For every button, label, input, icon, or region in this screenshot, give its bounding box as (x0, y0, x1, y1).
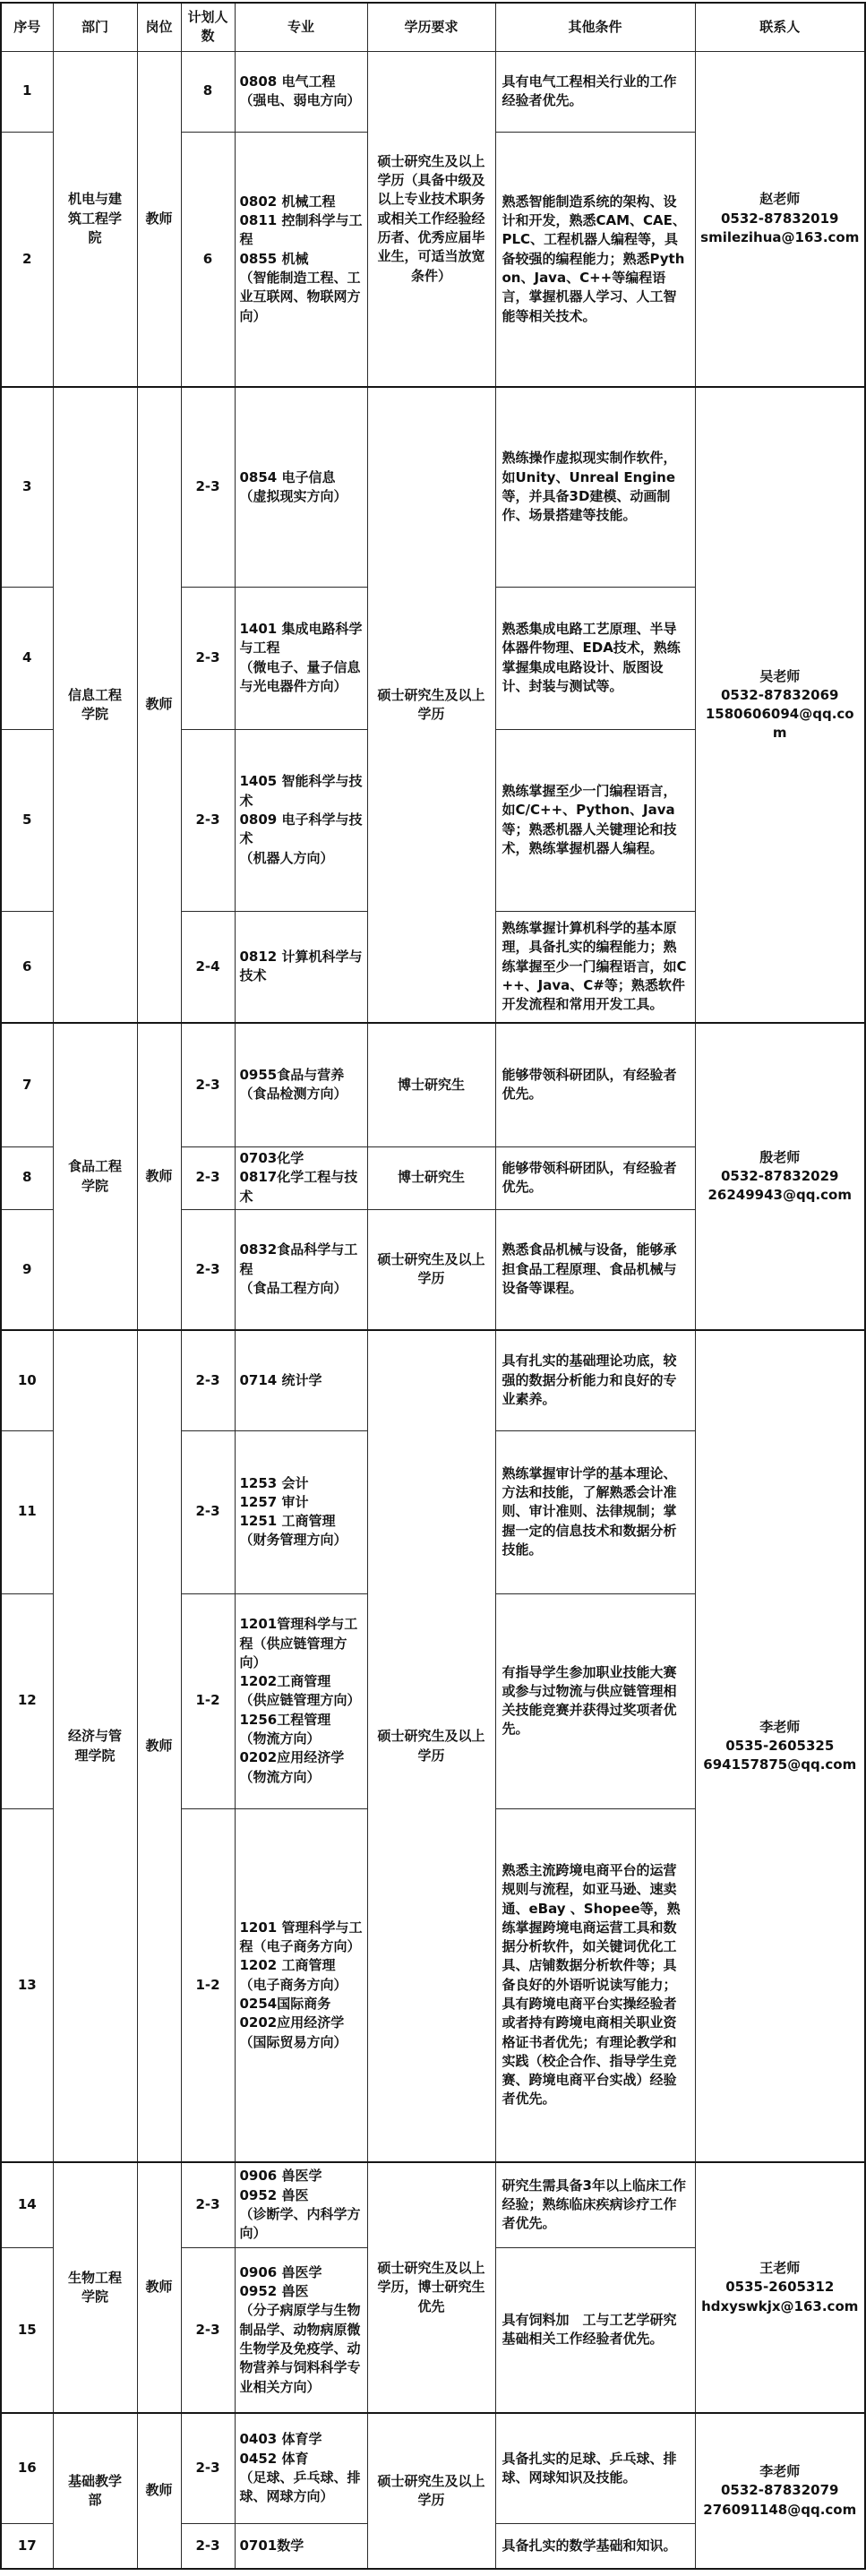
dept-cell: 机电与建筑工程学院 (53, 51, 137, 387)
major-cell: 0906 兽医学 0952 兽医 （分子病原学与生物制品学、动物病原微生物学及免… (235, 2247, 367, 2413)
table-header-row: 序号 部门 岗位 计划人数 专业 学历要求 其他条件 联系人 (1, 3, 865, 51)
contact-email: smilezihua@163.com (699, 228, 862, 247)
count-cell: 1-2 (181, 1593, 235, 1808)
other-cell: 熟悉集成电路工艺原理、半导体器件物理、EDA技术，熟练掌握集成电路设计、版图设计… (495, 587, 695, 729)
count-cell: 8 (181, 51, 235, 132)
contact-name: 殷老师 (699, 1148, 862, 1167)
header-other: 其他条件 (495, 3, 695, 51)
contact-email: hdxyswkjx@163.com (699, 2297, 862, 2316)
seq-cell: 7 (1, 1023, 53, 1146)
header-contact: 联系人 (695, 3, 865, 51)
other-cell: 能够带领科研团队，有经验者优先。 (495, 1023, 695, 1146)
contact-cell: 李老师 0532-87832079 276091148@qq.com (695, 2413, 865, 2569)
seq-cell: 11 (1, 1430, 53, 1593)
education-cell: 硕士研究生及以上学历，博士研究生优先 (367, 2162, 495, 2413)
major-cell: 0906 兽医学 0952 兽医 （诊断学、内科学方向） (235, 2162, 367, 2247)
contact-cell: 吴老师 0532-87832069 1580606094@qq.com (695, 387, 865, 1023)
other-cell: 具有饲料加 工与工艺学研究基础相关工作经验者优先。 (495, 2247, 695, 2413)
seq-cell: 8 (1, 1146, 53, 1209)
seq-cell: 4 (1, 587, 53, 729)
seq-cell: 16 (1, 2413, 53, 2523)
major-cell: 1405 智能科学与技术 0809 电子科学与技术 （机器人方向） (235, 729, 367, 911)
contact-phone: 0535-2605325 (699, 1737, 862, 1756)
header-major: 专业 (235, 3, 367, 51)
seq-cell: 12 (1, 1593, 53, 1808)
education-cell: 硕士研究生及以上学历 (367, 2413, 495, 2569)
education-cell: 博士研究生 (367, 1023, 495, 1146)
contact-name: 李老师 (699, 2462, 862, 2481)
major-cell: 0808 电气工程 （强电、弱电方向） (235, 51, 367, 132)
header-post: 岗位 (137, 3, 181, 51)
count-cell: 1-2 (181, 1808, 235, 2162)
contact-email: 26249943@qq.com (699, 1186, 862, 1205)
other-cell: 研究生需具备3年以上临床工作经验；熟练临床疾病诊疗工作者优先。 (495, 2162, 695, 2247)
major-cell: 0703化学 0817化学工程与技术 (235, 1146, 367, 1209)
other-cell: 熟悉主流跨境电商平台的运营规则与流程，如亚马逊、速卖通、eBay 、Shopee… (495, 1808, 695, 2162)
other-cell: 具备扎实的数学基础和知识。 (495, 2523, 695, 2569)
major-cell: 0955食品与营养 （食品检测方向） (235, 1023, 367, 1146)
count-cell: 2-3 (181, 2162, 235, 2247)
education-cell: 硕士研究生及以上学历 (367, 1209, 495, 1330)
dept-cell: 食品工程学院 (53, 1023, 137, 1330)
contact-phone: 0535-2605312 (699, 2278, 862, 2297)
major-cell: 1401 集成电路科学与工程 （微电子、量子信息与光电器件方向） (235, 587, 367, 729)
contact-name: 吴老师 (699, 667, 862, 686)
dept-cell: 经济与管理学院 (53, 1330, 137, 2162)
major-cell: 1253 会计 1257 审计 1251 工商管理 （财务管理方向） (235, 1430, 367, 1593)
other-cell: 熟悉智能制造系统的架构、设计和开发，熟悉CAM、CAE、PLC、工程机器人编程等… (495, 132, 695, 387)
table-row: 16 基础教学部 教师 2-3 0403 体育学 0452 体育 （足球、乒乓球… (1, 2413, 865, 2523)
major-cell: 1201 管理科学与工程（电子商务方向） 1202 工商管理 （电子商务方向） … (235, 1808, 367, 2162)
other-cell: 熟练掌握至少一门编程语言，如C/C++、Python、Java等；熟悉机器人关键… (495, 729, 695, 911)
education-cell: 博士研究生 (367, 1146, 495, 1209)
count-cell: 2-3 (181, 1146, 235, 1209)
recruitment-table: 序号 部门 岗位 计划人数 专业 学历要求 其他条件 联系人 1 机电与建筑工程… (0, 2, 866, 2570)
recruitment-table-page: 序号 部门 岗位 计划人数 专业 学历要求 其他条件 联系人 1 机电与建筑工程… (0, 0, 866, 2575)
other-cell: 具备扎实的足球、乒乓球、排球、网球知识及技能。 (495, 2413, 695, 2523)
seq-cell: 5 (1, 729, 53, 911)
header-education: 学历要求 (367, 3, 495, 51)
count-cell: 2-3 (181, 1430, 235, 1593)
table-row: 3 信息工程学院 教师 2-3 0854 电子信息 （虚拟现实方向） 硕士研究生… (1, 387, 865, 587)
table-row: 7 食品工程学院 教师 2-3 0955食品与营养 （食品检测方向） 博士研究生… (1, 1023, 865, 1146)
contact-phone: 0532-87832019 (699, 210, 862, 228)
contact-name: 王老师 (699, 2259, 862, 2278)
contact-email: 1580606094@qq.com (699, 705, 862, 743)
dept-cell: 基础教学部 (53, 2413, 137, 2569)
count-cell: 2-3 (181, 1209, 235, 1330)
header-count: 计划人数 (181, 3, 235, 51)
count-cell: 2-3 (181, 1023, 235, 1146)
header-seq: 序号 (1, 3, 53, 51)
count-cell: 2-3 (181, 2523, 235, 2569)
contact-cell: 殷老师 0532-87832029 26249943@qq.com (695, 1023, 865, 1330)
seq-cell: 17 (1, 2523, 53, 2569)
post-cell: 教师 (137, 1330, 181, 2162)
other-cell: 能够带领科研团队，有经验者优先。 (495, 1146, 695, 1209)
contact-email: 694157875@qq.com (699, 1756, 862, 1774)
table-row: 14 生物工程学院 教师 2-3 0906 兽医学 0952 兽医 （诊断学、内… (1, 2162, 865, 2247)
major-cell: 1201管理科学与工程（供应链管理方向） 1202工商管理 （供应链管理方向） … (235, 1593, 367, 1808)
education-cell: 硕士研究生及以上学历 (367, 1330, 495, 2162)
seq-cell: 10 (1, 1330, 53, 1430)
major-cell: 0403 体育学 0452 体育 （足球、乒乓球、排球、网球方向） (235, 2413, 367, 2523)
major-cell: 0802 机械工程 0811 控制科学与工程 0855 机械 （智能制造工程、工… (235, 132, 367, 387)
table-row: 10 经济与管理学院 教师 2-3 0714 统计学 硕士研究生及以上学历 具有… (1, 1330, 865, 1430)
education-cell: 硕士研究生及以上学历 (367, 387, 495, 1023)
post-cell: 教师 (137, 2162, 181, 2413)
count-cell: 2-3 (181, 729, 235, 911)
post-cell: 教师 (137, 387, 181, 1023)
major-cell: 0812 计算机科学与技术 (235, 911, 367, 1023)
other-cell: 熟悉食品机械与设备，能够承担食品工程原理、食品机械与设备等课程。 (495, 1209, 695, 1330)
other-cell: 有指导学生参加职业技能大赛或参与过物流与供应链管理相关技能竞赛并获得过奖项者优先… (495, 1593, 695, 1808)
seq-cell: 2 (1, 132, 53, 387)
seq-cell: 13 (1, 1808, 53, 2162)
education-cell: 硕士研究生及以上学历（具备中级及以上专业技术职务或相关工作经验经历者、优秀应届毕… (367, 51, 495, 387)
other-cell: 具有扎实的基础理论功底，较强的数据分析能力和良好的专业素养。 (495, 1330, 695, 1430)
post-cell: 教师 (137, 1023, 181, 1330)
seq-cell: 15 (1, 2247, 53, 2413)
dept-cell: 生物工程学院 (53, 2162, 137, 2413)
major-cell: 0701数学 (235, 2523, 367, 2569)
contact-name: 李老师 (699, 1718, 862, 1737)
other-cell: 具有电气工程相关行业的工作经验者优先。 (495, 51, 695, 132)
count-cell: 2-3 (181, 2413, 235, 2523)
seq-cell: 14 (1, 2162, 53, 2247)
other-cell: 熟练掌握计算机科学的基本原理，具备扎实的编程能力；熟练掌握至少一门编程语言，如C… (495, 911, 695, 1023)
post-cell: 教师 (137, 2413, 181, 2569)
table-row: 1 机电与建筑工程学院 教师 8 0808 电气工程 （强电、弱电方向） 硕士研… (1, 51, 865, 132)
contact-email: 276091148@qq.com (699, 2501, 862, 2520)
count-cell: 2-3 (181, 387, 235, 587)
count-cell: 6 (181, 132, 235, 387)
seq-cell: 1 (1, 51, 53, 132)
count-cell: 2-3 (181, 587, 235, 729)
major-cell: 0854 电子信息 （虚拟现实方向） (235, 387, 367, 587)
contact-phone: 0532-87832079 (699, 2481, 862, 2500)
header-dept: 部门 (53, 3, 137, 51)
post-cell: 教师 (137, 51, 181, 387)
contact-phone: 0532-87832069 (699, 686, 862, 705)
contact-phone: 0532-87832029 (699, 1167, 862, 1186)
contact-name: 赵老师 (699, 190, 862, 209)
other-cell: 熟练掌握审计学的基本理论、方法和技能，了解熟悉会计准则、审计准则、法律规制；掌握… (495, 1430, 695, 1593)
other-cell: 熟练操作虚拟现实制作软件，如Unity、Unreal Engine等，并具备3D… (495, 387, 695, 587)
major-cell: 0714 统计学 (235, 1330, 367, 1430)
contact-cell: 赵老师 0532-87832019 smilezihua@163.com (695, 51, 865, 387)
seq-cell: 3 (1, 387, 53, 587)
contact-cell: 李老师 0535-2605325 694157875@qq.com (695, 1330, 865, 2162)
seq-cell: 6 (1, 911, 53, 1023)
contact-cell: 王老师 0535-2605312 hdxyswkjx@163.com (695, 2162, 865, 2413)
dept-cell: 信息工程学院 (53, 387, 137, 1023)
major-cell: 0832食品科学与工程 （食品工程方向） (235, 1209, 367, 1330)
count-cell: 2-3 (181, 2247, 235, 2413)
seq-cell: 9 (1, 1209, 53, 1330)
count-cell: 2-4 (181, 911, 235, 1023)
count-cell: 2-3 (181, 1330, 235, 1430)
